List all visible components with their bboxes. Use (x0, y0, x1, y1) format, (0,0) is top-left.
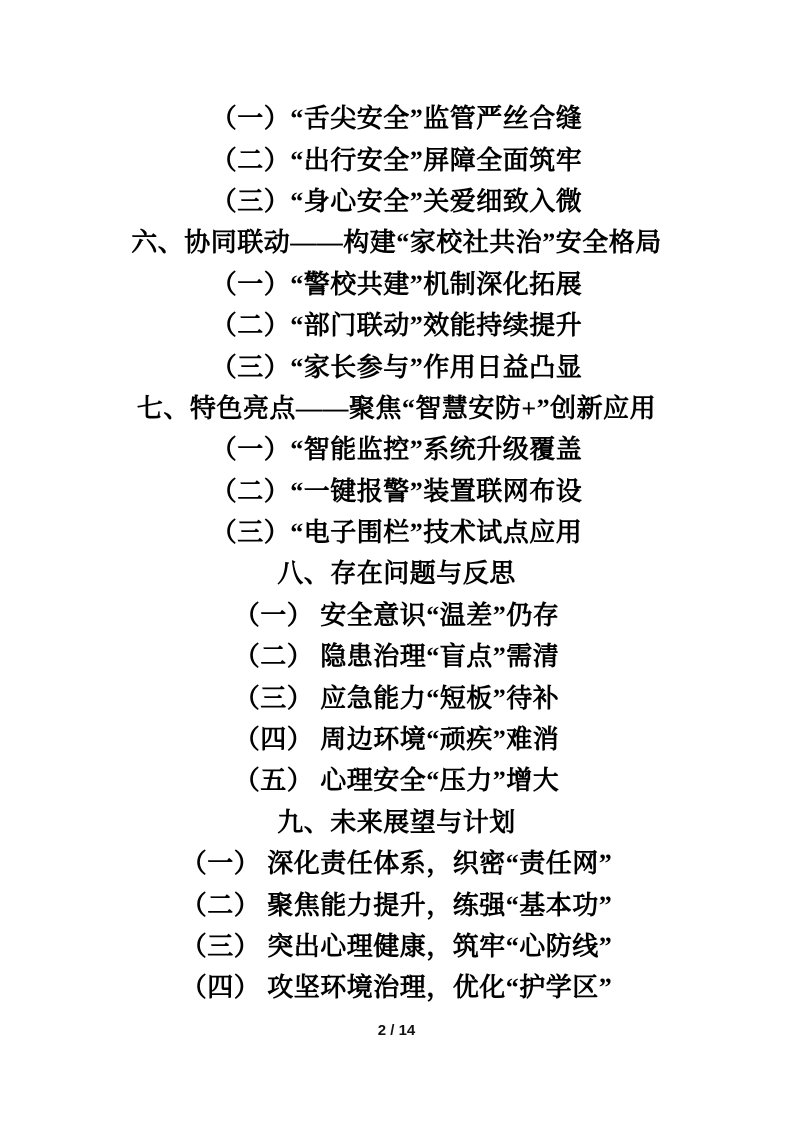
toc-line: （一） 深化责任体系，织密“责任网” (0, 841, 793, 882)
toc-line: （二）“出行安全”屏障全面筑牢 (0, 137, 793, 178)
toc-line: （三）“家长参与”作用日益凸显 (0, 344, 793, 385)
toc-line: （三）“身心安全”关爱细致入微 (0, 179, 793, 220)
toc-line: （三） 突出心理健康，筑牢“心防线” (0, 924, 793, 965)
toc-line: （五） 心理安全“压力”增大 (0, 758, 793, 799)
document-page: （一）“舌尖安全”监管严丝合缝（二）“出行安全”屏障全面筑牢（三）“身心安全”关… (0, 0, 793, 1122)
toc-line: （二）“部门联动”效能持续提升 (0, 303, 793, 344)
toc-line: （四） 攻坚环境治理，优化“护学区” (0, 965, 793, 1006)
page-number-footer: 2 / 14 (0, 1022, 793, 1039)
toc-line: （二） 聚焦能力提升，练强“基本功” (0, 882, 793, 923)
toc-line: （一） 安全意识“温差”仍存 (0, 593, 793, 634)
toc-section-heading: 八、存在问题与反思 (0, 551, 793, 592)
toc-line: （二） 隐患治理“盲点”需清 (0, 634, 793, 675)
toc-line: （三） 应急能力“短板”待补 (0, 675, 793, 716)
toc-line: （一）“警校共建”机制深化拓展 (0, 262, 793, 303)
toc-section-heading: 六、协同联动——构建“家校社共治”安全格局 (0, 220, 793, 261)
table-of-contents: （一）“舌尖安全”监管严丝合缝（二）“出行安全”屏障全面筑牢（三）“身心安全”关… (0, 96, 793, 1007)
toc-line: （三）“电子围栏”技术试点应用 (0, 510, 793, 551)
toc-section-heading: 九、未来展望与计划 (0, 800, 793, 841)
toc-line: （四） 周边环境“顽疾”难消 (0, 717, 793, 758)
toc-section-heading: 七、特色亮点——聚焦“智慧安防+”创新应用 (0, 386, 793, 427)
toc-line: （一）“舌尖安全”监管严丝合缝 (0, 96, 793, 137)
toc-line: （二）“一键报警”装置联网布设 (0, 469, 793, 510)
toc-line: （一）“智能监控”系统升级覆盖 (0, 427, 793, 468)
